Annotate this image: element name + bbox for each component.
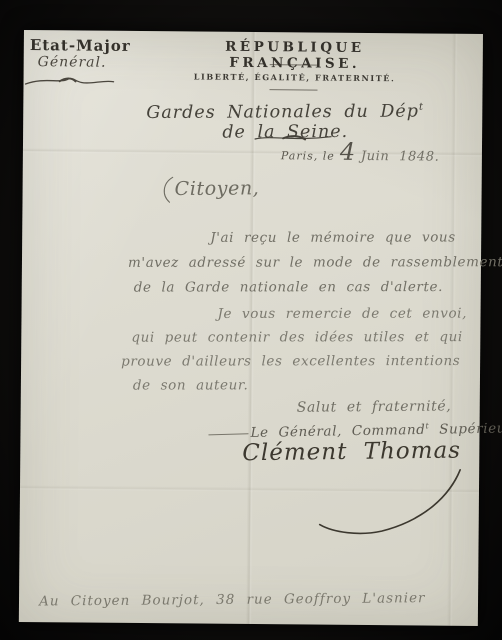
service-title-pre: Gardes Nationales du Dép	[146, 102, 419, 123]
motto: LIBERTÉ, ÉGALITÉ, FRATERNITÉ.	[174, 71, 416, 83]
closing-underline-stroke	[208, 433, 248, 435]
corps-title: Etat-Major	[30, 36, 131, 55]
body-paragraph1-line3: de la Garde nationale en cas d'alerte.	[134, 279, 443, 296]
photo-background: Etat-Major Général. RÉPUBLIQUE FRANÇAISE…	[0, 0, 502, 640]
dateline: Paris, le 4 Juin 1848.	[281, 144, 440, 164]
body-paragraph2-line1: Je vous remercie de cet envoi,	[218, 306, 467, 322]
recipient-address-line: Au Citoyen Bourjot, 38 rue Geoffroy L'as…	[39, 590, 426, 609]
service-flourish-icon	[253, 133, 333, 144]
salutation: Citoyen,	[175, 177, 260, 200]
signature: Clément Thomas	[242, 438, 461, 467]
signer-title-post: Supérieur	[429, 420, 502, 437]
service-title-sup: t	[419, 102, 424, 113]
body-paragraph2-line2: qui peut contenir des idées utiles et qu…	[131, 329, 463, 346]
dateline-printed-prefix: Paris, le	[281, 149, 335, 162]
body-paragraph2-line4: de son auteur.	[133, 377, 249, 393]
corps-flourish-icon	[23, 74, 115, 89]
body-paragraph1-line2: m'avez adressé sur le mode de rassemblem…	[128, 254, 502, 271]
republic-title: RÉPUBLIQUE FRANÇAISE.	[174, 38, 416, 72]
signature-paraph-icon	[312, 465, 465, 544]
corps-subtitle: Général.	[38, 54, 107, 71]
body-paragraph1-line1: J'ai reçu le mémoire que vous	[210, 229, 456, 245]
dateline-rest: Juin 1848.	[361, 149, 440, 165]
dateline-day: 4	[340, 138, 356, 166]
valediction: Salut et fraternité,	[297, 398, 452, 415]
body-paragraph2-line3: prouve d'ailleurs les excellentes intent…	[121, 353, 460, 370]
letterhead-rule-bottom	[269, 89, 317, 90]
letter-paper: Etat-Major Général. RÉPUBLIQUE FRANÇAISE…	[19, 30, 483, 626]
salutation-flourish-icon	[160, 175, 174, 205]
